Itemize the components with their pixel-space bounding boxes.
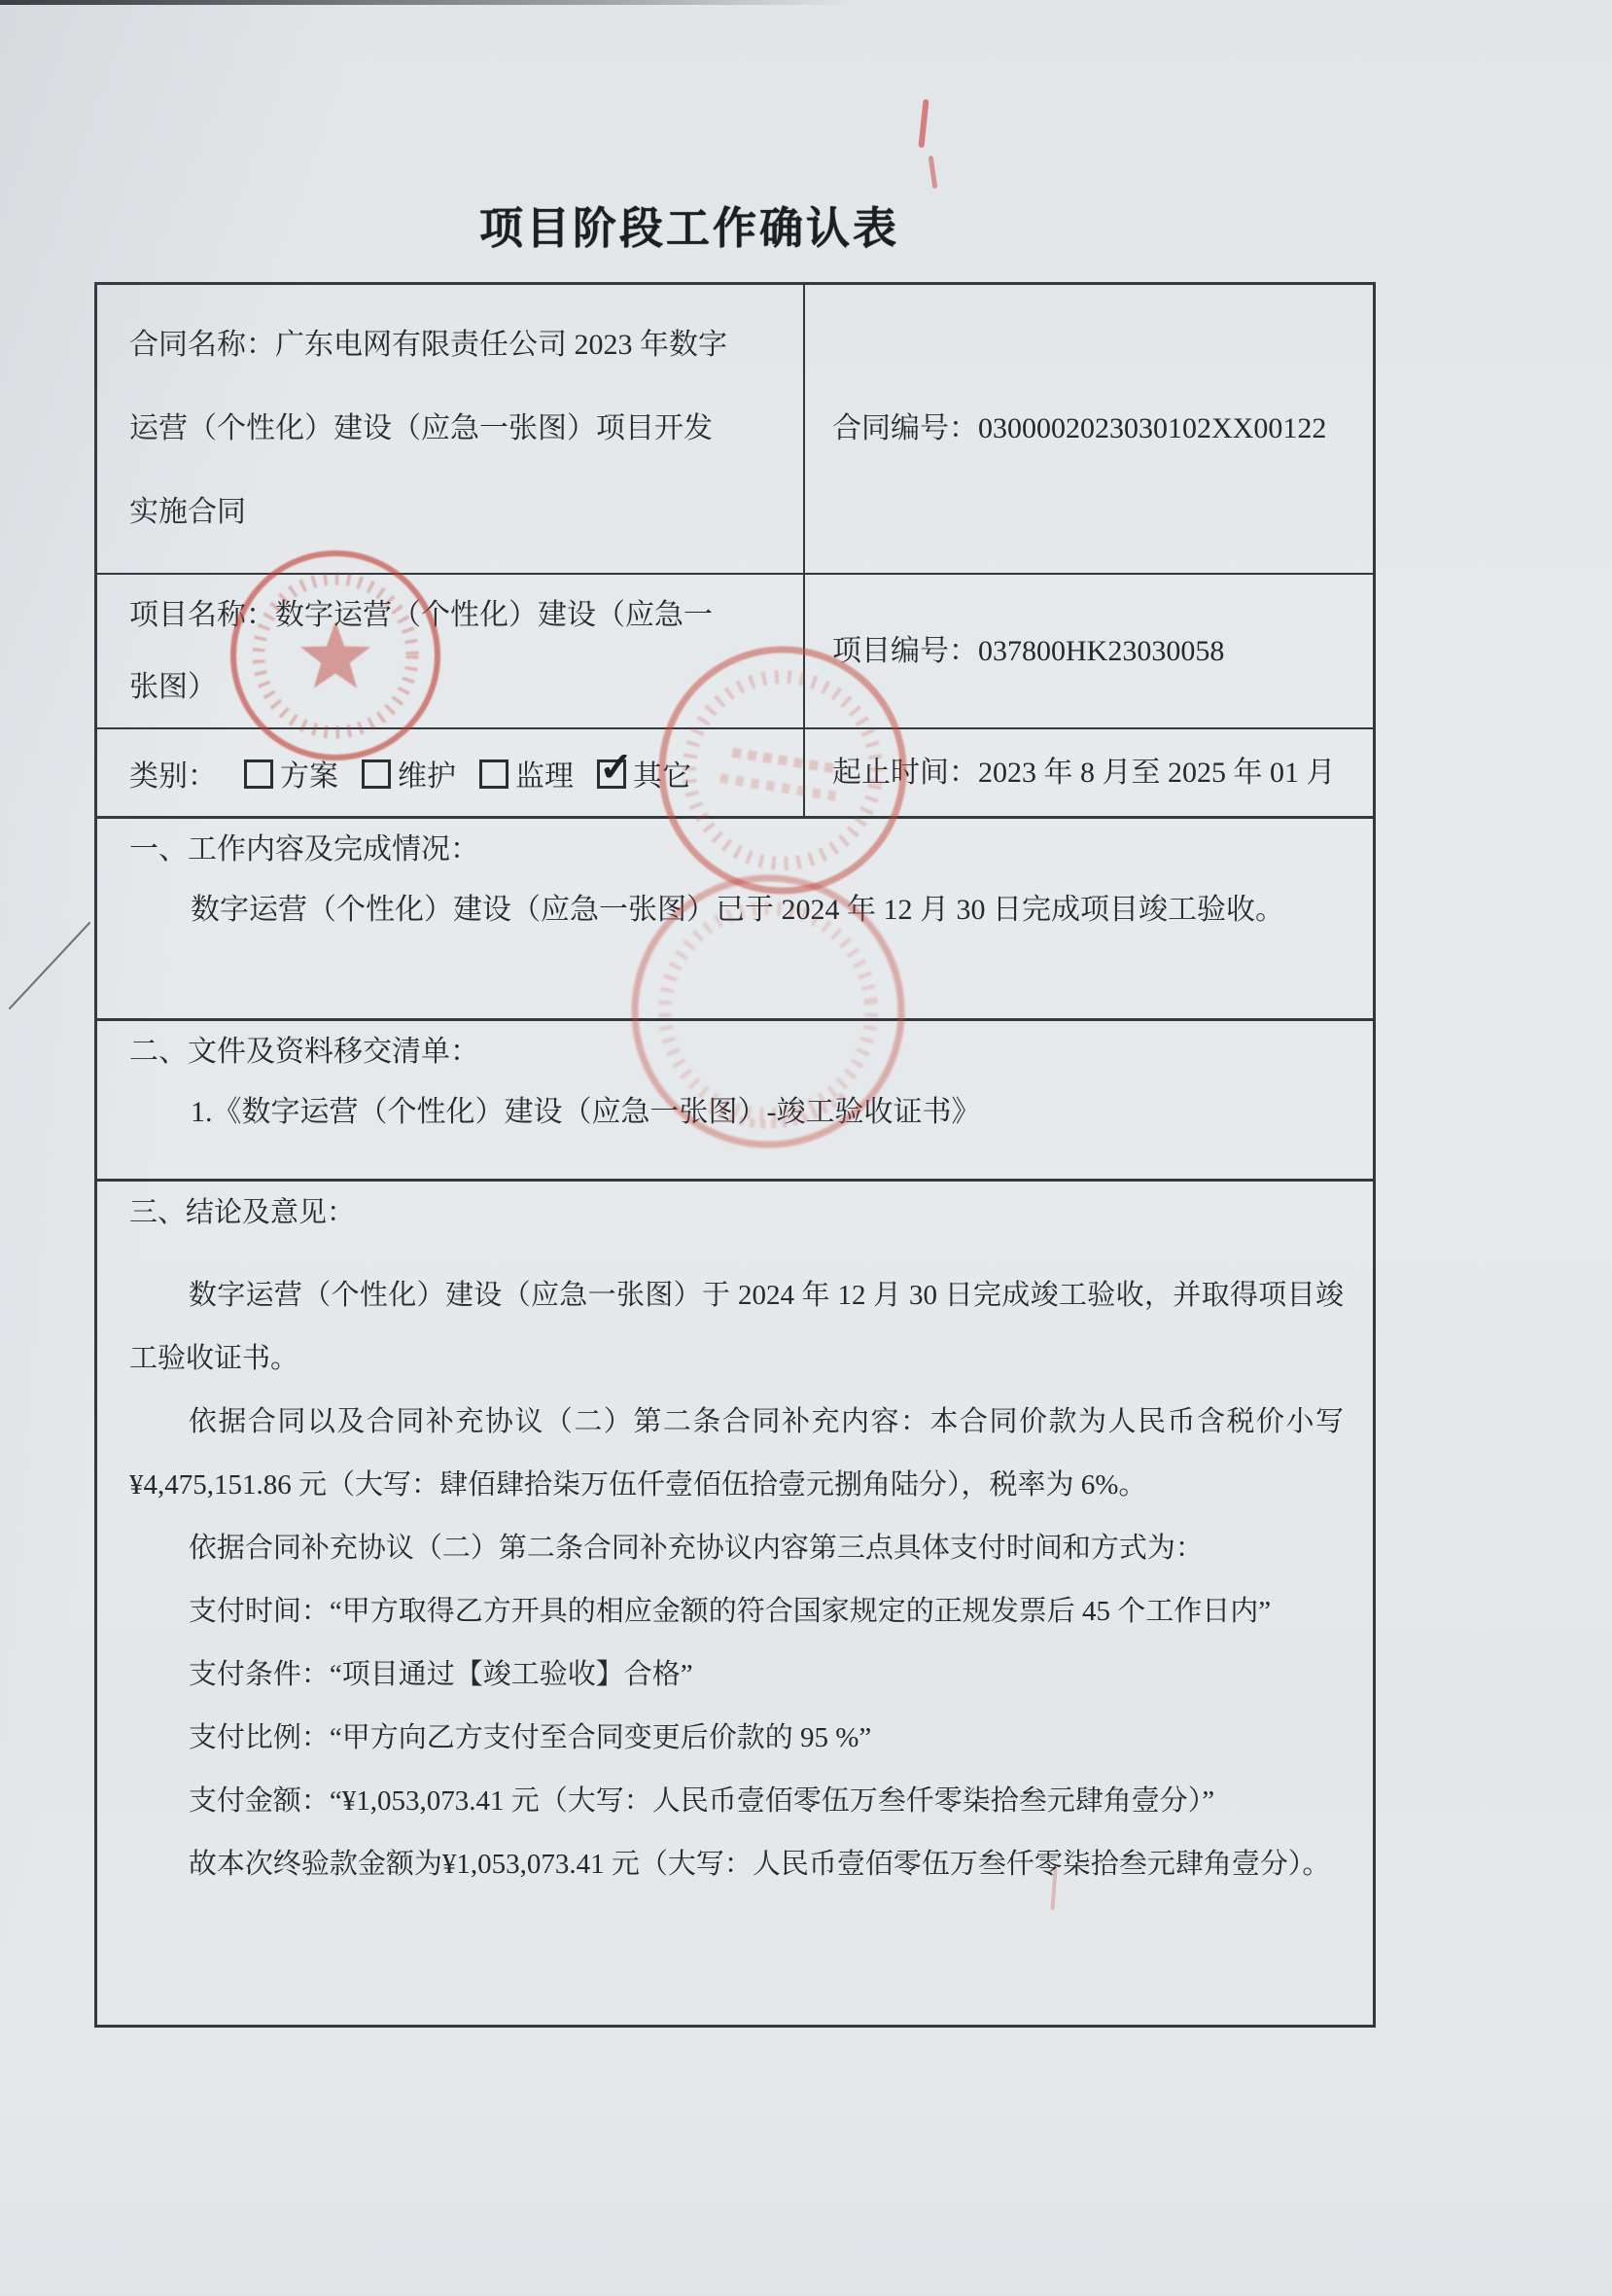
- document-title: 项目阶段工作确认表: [49, 193, 1330, 256]
- project-row: 项目名称：数字运营（个性化）建设（应急一张图） 项目编号：037800HK230…: [97, 573, 1373, 727]
- contract-name-cell: 合同名称：广东电网有限责任公司 2023 年数字运营（个性化）建设（应急一张图）…: [97, 285, 803, 573]
- section-paragraph: 数字运营（个性化）建设（应急一张图）于 2024 年 12 月 30 日完成竣工…: [129, 1264, 1344, 1391]
- section-heading: 二、文件及资料移交清单：: [129, 1031, 1344, 1074]
- checkbox-label: 其它: [633, 760, 691, 793]
- section-paragraph: 支付条件：“项目通过【竣工验收】合格”: [129, 1643, 1344, 1707]
- section-paragraph: 故本次终验款金额为¥1,053,073.41 元（大写：人民币壹佰零伍万叁仟零柒…: [129, 1833, 1344, 1896]
- section-work-content: 一、工作内容及完成情况： 数字运营（个性化）建设（应急一张图）已于 2024 年…: [97, 816, 1373, 1018]
- checkbox-icon: [597, 759, 626, 789]
- section-paragraph: 支付时间：“甲方取得乙方开具的相应金额的符合国家规定的正规发票后 45 个工作日…: [129, 1580, 1344, 1643]
- section-paragraph: 支付比例：“甲方向乙方支付至合同变更后价款的 95 %”: [129, 1707, 1344, 1770]
- section-heading: 三、结论及意见：: [129, 1191, 1344, 1234]
- section-handover-list: 二、文件及资料移交清单： 1.《数字运营（个性化）建设（应急一张图）-竣工验收证…: [97, 1018, 1373, 1179]
- checkbox-label: 监理: [515, 760, 574, 793]
- contract-row: 合同名称：广东电网有限责任公司 2023 年数字运营（个性化）建设（应急一张图）…: [97, 285, 1373, 573]
- confirmation-table: 合同名称：广东电网有限责任公司 2023 年数字运营（个性化）建设（应急一张图）…: [94, 282, 1376, 2028]
- section-paragraph: 数字运营（个性化）建设（应急一张图）已于 2024 年 12 月 30 日完成项…: [129, 879, 1344, 940]
- contract-name-text: 合同名称：广东电网有限责任公司 2023 年数字运营（个性化）建设（应急一张图）…: [129, 303, 737, 554]
- checkbox-label: 方案: [280, 760, 338, 793]
- project-number-cell: 项目编号：037800HK23030058: [803, 575, 1373, 727]
- checkbox-icon: [362, 759, 391, 789]
- red-pen-mark: [929, 156, 938, 189]
- checkbox-option-fangan: 方案: [244, 752, 338, 795]
- pencil-stroke-artifact: [9, 922, 91, 1010]
- section-paragraph: 1.《数字运营（个性化）建设（应急一张图）-竣工验收证书》: [129, 1081, 1344, 1143]
- project-number-text: 项目编号：037800HK23030058: [832, 631, 1224, 672]
- project-name-cell: 项目名称：数字运营（个性化）建设（应急一张图）: [97, 575, 803, 727]
- scan-edge-artifact: [0, 0, 856, 5]
- category-cell: 类别： 方案 维护 监理 其它: [97, 729, 803, 816]
- section-paragraph: 支付金额：“¥1,053,073.41 元（大写：人民币壹佰零伍万叁仟零柒拾叁元…: [129, 1770, 1344, 1833]
- checkbox-icon: [479, 759, 508, 789]
- section-heading: 一、工作内容及完成情况：: [129, 829, 1344, 871]
- checkbox-label: 维护: [398, 760, 456, 793]
- contract-number-cell: 合同编号：0300002023030102XX00122: [803, 285, 1373, 573]
- checkbox-icon: [244, 759, 273, 789]
- conclusion-paragraphs: 数字运营（个性化）建设（应急一张图）于 2024 年 12 月 30 日完成竣工…: [129, 1264, 1344, 1896]
- category-label: 类别：: [129, 752, 217, 795]
- checkbox-option-jianli: 监理: [479, 752, 574, 795]
- scanned-document-page: 项目阶段工作确认表 合同名称：广东电网有限责任公司 2023 年数字运营（个性化…: [0, 0, 1612, 2296]
- duration-text: 起止时间：2023 年 8 月至 2025 年 01 月: [832, 753, 1336, 794]
- project-name-text: 项目名称：数字运营（个性化）建设（应急一张图）: [129, 580, 737, 724]
- red-pen-mark: [918, 99, 929, 148]
- section-conclusion: 三、结论及意见： 数字运营（个性化）建设（应急一张图）于 2024 年 12 月…: [97, 1179, 1373, 1896]
- contract-number-text: 合同编号：0300002023030102XX00122: [832, 408, 1326, 449]
- duration-cell: 起止时间：2023 年 8 月至 2025 年 01 月: [803, 729, 1373, 816]
- checkbox-option-weihu: 维护: [362, 752, 456, 795]
- category-row: 类别： 方案 维护 监理 其它 起止时间：2023 年 8 月至 2025 年 …: [97, 727, 1373, 816]
- section-paragraph: 依据合同补充协议（二）第二条合同补充协议内容第三点具体支付时间和方式为：: [129, 1517, 1344, 1580]
- section-paragraph: 依据合同以及合同补充协议（二）第二条合同补充内容：本合同价款为人民币含税价小写¥…: [129, 1391, 1344, 1517]
- checkbox-option-qita: 其它: [597, 752, 691, 795]
